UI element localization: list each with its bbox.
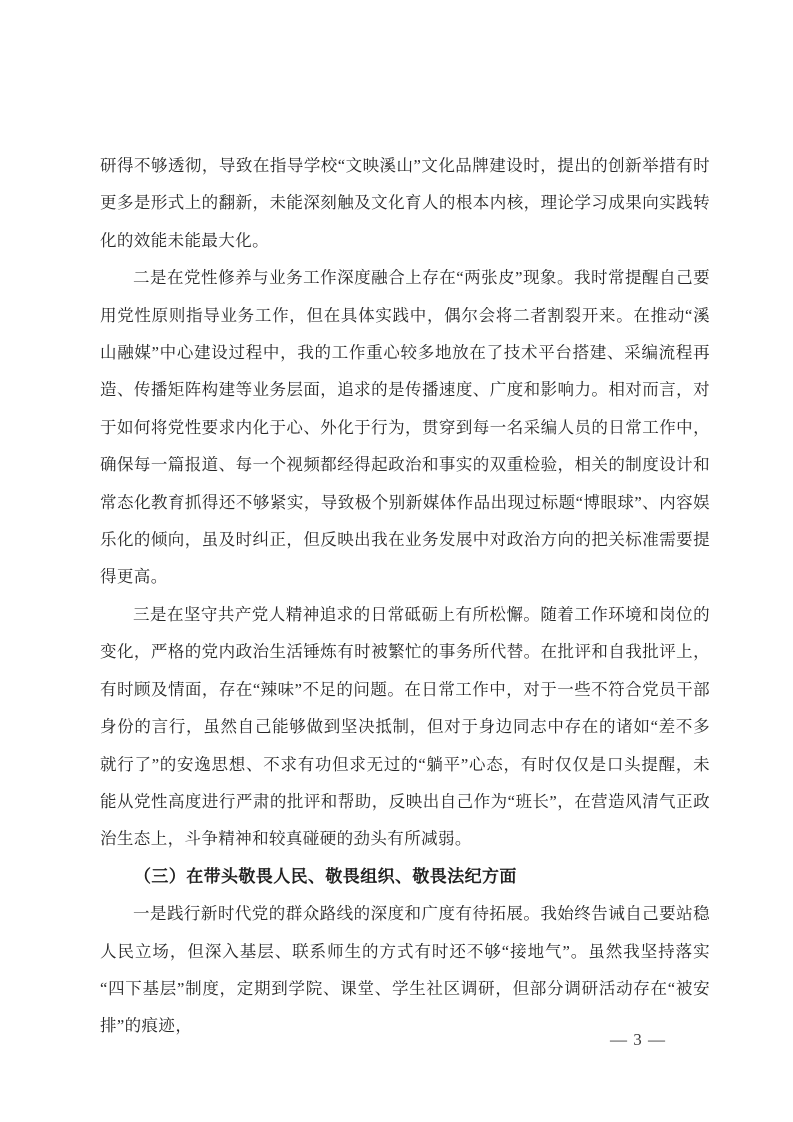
document-body: 研得不够透彻，导致在指导学校“文映溪山”文化品牌建设时，提出的创新举措有时更多是…: [100, 147, 710, 1045]
section-heading: （三）在带头敬畏人民、敬畏组织、敬畏法纪方面: [100, 858, 710, 895]
paragraph: 二是在党性修养与业务工作深度融合上存在“两张皮”现象。我时常提醒自己要用党性原则…: [100, 259, 710, 596]
paragraph: 三是在坚守共产党人精神追求的日常砥砺上有所松懈。随着工作环境和岗位的变化，严格的…: [100, 596, 710, 858]
document-page: 研得不够透彻，导致在指导学校“文映溪山”文化品牌建设时，提出的创新举措有时更多是…: [0, 0, 793, 1122]
paragraph: 一是践行新时代党的群众路线的深度和广度有待拓展。我始终告诫自己要站稳人民立场，但…: [100, 895, 710, 1045]
page-number: — 3 —: [595, 1029, 681, 1051]
paragraph: 研得不够透彻，导致在指导学校“文映溪山”文化品牌建设时，提出的创新举措有时更多是…: [100, 147, 710, 259]
